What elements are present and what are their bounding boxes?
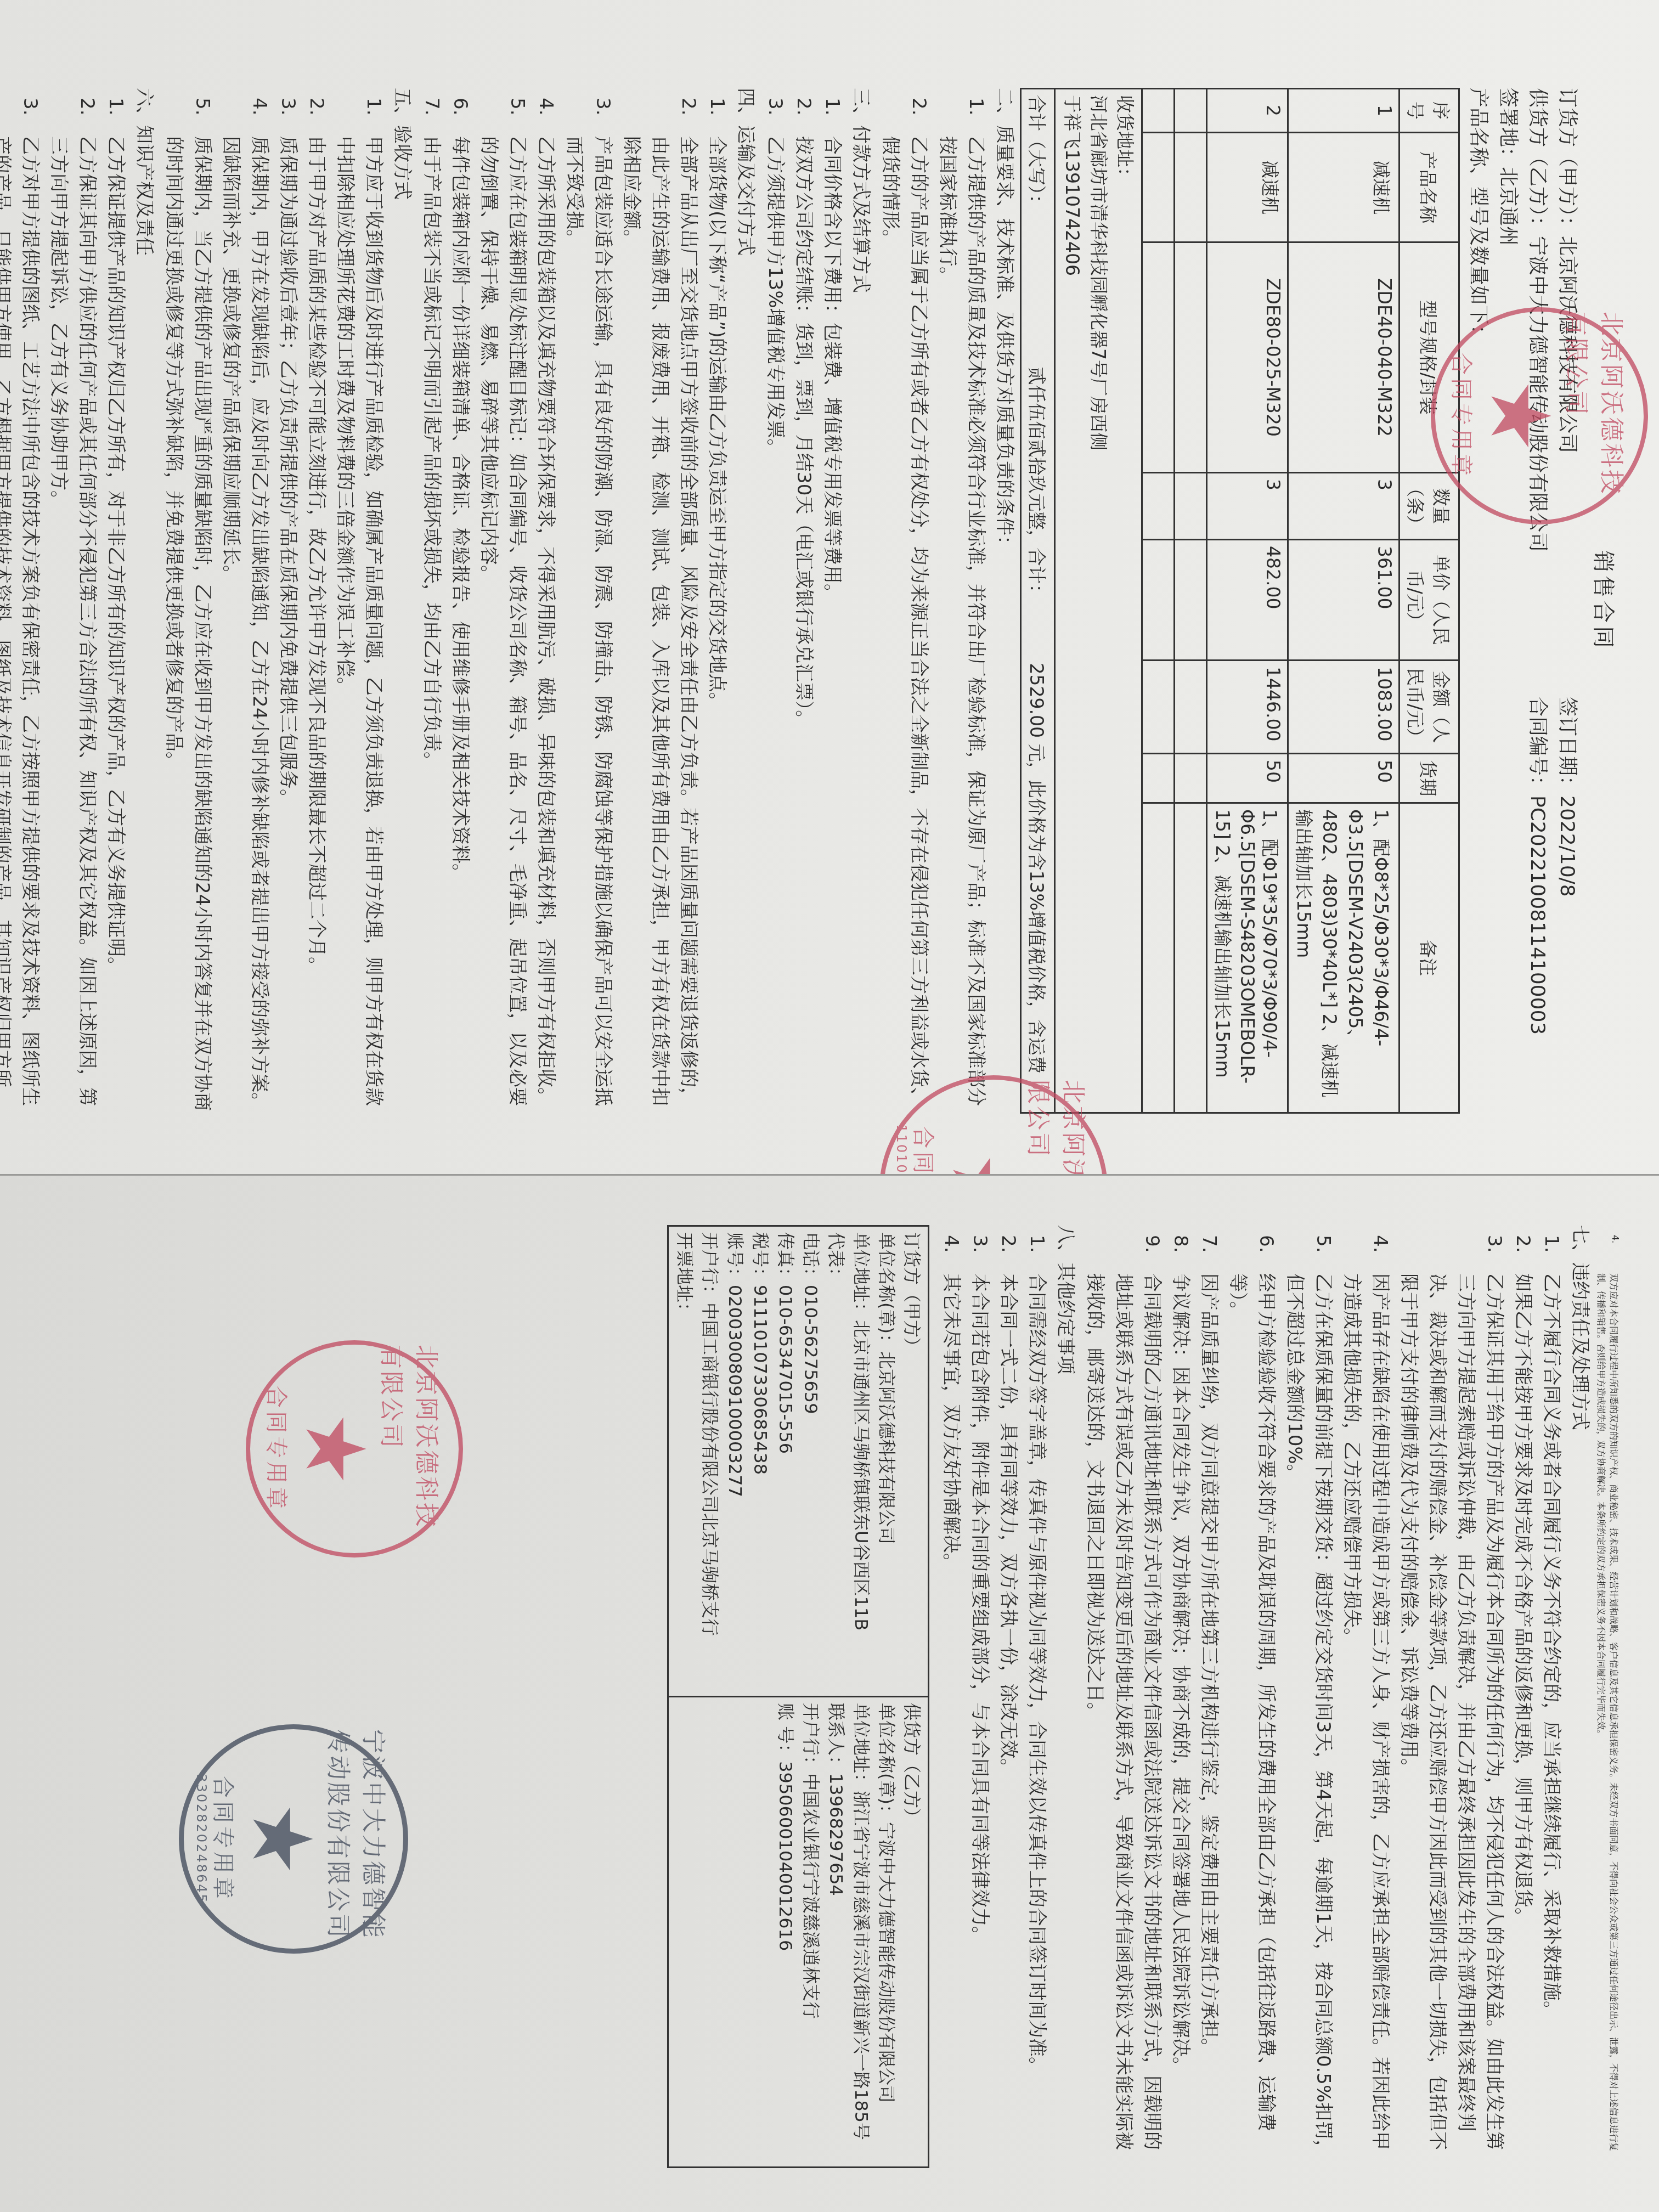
signature-field: 开票地址： [672, 1232, 697, 1690]
buyer-signature-seal: 北京阿沃德科技有限公司 ★ 合同专用章 [246, 1340, 463, 1558]
product-table: 序号 产品名称 型号规格/封装 数量（条） 单价（人民币/元） 金额（人民币/元… [1020, 88, 1460, 1114]
clause-number: 9. [1081, 1225, 1166, 1273]
clause-number: 3. [761, 88, 789, 136]
clause-text: 乙方保证其用于给甲方的产品及为履行本合同所为的任何行为，均不侵犯任何人的合法权益… [1395, 1273, 1509, 2168]
clause-text: 按双方公司约定结账：货到，票到，月结30天（电汇或银行承兑汇票）。 [789, 136, 818, 1114]
contract-section: 八、其他约定事项1.合同需经双方签字盖章，传真件与原件视为同等效力，合同生效以传… [937, 1225, 1080, 2168]
section-title: 二、质量要求、技术标准、及供货方对质量负责的条件： [990, 88, 1019, 1114]
clause-text: 乙方所采用的包装箱以及填充物要符合环保要求，不得采用肮污、破损、异味的包装和填充… [532, 136, 560, 1114]
clause-item: 2.由于甲方对产品质的某些检验不可能立刻进行，故乙方允许甲方发现不良品的期限最长… [302, 88, 331, 1114]
clause-item: 5.乙方应在包装箱明显处标注醒目标记：如合同编号、收货公司名称、箱号、品名、尺寸… [475, 88, 532, 1114]
clause-number: 3. [274, 88, 302, 136]
clause-number: 5. [1280, 1225, 1338, 1273]
clause-text: 因产品存在缺陷在使用过程中造成甲方或第三方人身、财产损害的，乙方应承担全部赔偿责… [1338, 1273, 1395, 2168]
signature-field: 单位地址：北京市通州区马驹桥镇联东U谷西区11B [849, 1232, 874, 1690]
col-header-no: 序号 [1400, 89, 1459, 133]
clause-number: 3. [966, 1225, 994, 1273]
cell-qty: 3 [1207, 473, 1288, 540]
cell-unit-price: 482.00 [1207, 540, 1288, 661]
clause-number: 4. [937, 1225, 966, 1273]
clause-item: 4.其它未尽事宜，双方友好协商解决。 [937, 1225, 966, 2168]
cell-unit-price: 361.00 [1288, 540, 1400, 661]
section-title: 七、违约责任及处理方式 [1566, 1225, 1594, 2168]
section-title: 三、付款方式及结算方式 [847, 88, 875, 1114]
clause-text: 因产品质量纠纷，双方同意提交甲方所在地第三方机构进行鉴定，鉴定费用由主要责任方承… [1195, 1273, 1223, 2168]
clause-text: 双方应对本合同履行过程中所知悉的双方的知识产权、商业秘密、技术成果、经营计划和战… [1595, 1273, 1621, 2168]
clause-text: 由于产品包装不当或标记不明而引起产品的损坏或损失，均由乙方自行负责。 [417, 136, 446, 1114]
clause-text: 乙方保证其向甲方供应的任何产品或其任何部分不侵犯第三方合法的所有权、知识产权及其… [44, 136, 101, 1114]
section-title: 六、知识产权及责任 [130, 88, 159, 1114]
total-row: 合计（大写）： 贰仟伍佰贰拾玖元整，合计： 2529.00 元，此价格为含13%… [1021, 89, 1055, 1113]
supplier-heading: 供货方（乙方） [899, 1703, 924, 2161]
items-intro: 产品名称、型号及数量如下： [1463, 88, 1493, 1114]
clause-item: 5.质保期内，当乙方提供的产品出现严重的质量缺陷时，乙方应在收到甲方发出的缺陷通… [160, 88, 217, 1114]
contract-section: 二、质量要求、技术标准、及供货方对质量负责的条件：1.乙方提供的产品的质量及技术… [876, 88, 1019, 1114]
clause-item: 7.因产品质量纠纷，双方同意提交甲方所在地第三方机构进行鉴定，鉴定费用由主要责任… [1195, 1225, 1223, 2168]
clause-item: 3.质保期为通过验收后壹年；乙方负责所提供的产品在质保期内免费提供三包服务。 [274, 88, 302, 1114]
signature-field: 单位名称(章)：宁波中大力德智能传动股份有限公司 [874, 1703, 899, 2161]
clause-number: 5. [475, 88, 532, 136]
clause-text: 乙方的产品应当属于乙方所有或者乙方有权处分，均为来源正当合法之全新制品，不存在侵… [876, 136, 933, 1114]
contract-section: 五、验收方式1.甲方应于收到货物后及时进行产品质检验，如确属产品质量问题，乙方须… [160, 88, 416, 1114]
clause-text: 经甲方检验验收不符合要求的产品及耽误的周期，所发生的费用全部由乙方承担（包括往返… [1223, 1273, 1280, 2168]
cell-amount: 1446.00 [1207, 661, 1288, 754]
clause-number: 1. [331, 88, 388, 136]
clause-item: 8.争议解决：因本合同发生争议，双方协商解决；协商不成的，提交合同签署地人民法院… [1166, 1225, 1195, 2168]
clause-text: 如果乙方不能按甲方要求及时完成不合格产品的返修和更换，则甲方有权退货。 [1509, 1273, 1537, 2168]
clause-number: 4. [1595, 1225, 1621, 1273]
section-title: 五、验收方式 [388, 88, 416, 1114]
cell-qty: 3 [1288, 473, 1400, 540]
clause-number: 2. [1509, 1225, 1537, 1273]
clause-item: 3.产品包装应适合长途运输，具有良好的防潮、防湿、防震、防撞击、防锈、防腐蚀等保… [560, 88, 617, 1114]
clause-item: 4.双方应对本合同履行过程中所知悉的双方的知识产权、商业秘密、技术成果、经营计划… [1595, 1225, 1621, 2168]
clause-number: 2. [789, 88, 818, 136]
supplier-signature-seal: 宁波中大力德智能传动股份有限公司 ★ 合同专用章 3302820248645 [179, 1724, 408, 1954]
clause-item: 3.乙方保证其用于给甲方的产品及为履行本合同所为的任何行为，均不侵犯任何人的合法… [1395, 1225, 1509, 2168]
signature-field: 税号：91110107330685438 [748, 1232, 773, 1690]
clause-text: 每件包装箱内应附一份详细装箱清单、合格证、检验报告、使用维修手册及相关技术资料。 [446, 136, 475, 1114]
clause-text: 乙方保证提供产品的知识产权归乙方所有，对于非乙方所有的知识产权的产品，乙方有义务… [101, 136, 130, 1114]
clause-text: 质保期内，当乙方提供的产品出现严重的质量缺陷时，乙方应在收到甲方发出的缺陷通知的… [160, 136, 217, 1114]
contract-section: 六、知识产权及责任1.乙方保证提供产品的知识产权归乙方所有，对于非乙方所有的知识… [0, 88, 159, 1114]
signing-place: 签署地：北京通州 [1493, 88, 1522, 1114]
contract-clauses-part-2: 4.双方应对本合同履行过程中所知悉的双方的知识产权、商业秘密、技术成果、经营计划… [937, 1225, 1621, 2168]
signature-field: 单位名称(章)：北京阿沃德科技有限公司 [874, 1232, 899, 1690]
clause-number: 3. [560, 88, 617, 136]
col-header-qty: 数量（条） [1400, 473, 1459, 540]
clause-text: 质保期为通过验收后壹年；乙方负责所提供的产品在质保期内免费提供三包服务。 [274, 136, 302, 1114]
star-icon: ★ [294, 1412, 376, 1486]
cell-model: ZDE40-040-M322 [1288, 242, 1400, 473]
clause-number: 4. [217, 88, 274, 136]
clause-item: 9.合同载明的乙方通讯地址和联系方式可作为商业文件信函或法院送达诉讼文书的地址和… [1081, 1225, 1166, 2168]
contract-section: 三、付款方式及结算方式1.合同价格含以下费用：包装费、增值税专用发票等费用。2.… [761, 88, 875, 1114]
clause-text: 乙方须提供甲方13%增值税专用发票。 [761, 136, 789, 1114]
clause-text: 乙方对甲方提供的图纸、工艺方法中所包含的技术方案负有保密责任，乙方按照甲方提供的… [0, 136, 44, 1114]
clause-number: 1. [101, 88, 130, 136]
supplier-line: 供货方（乙方）：宁波中大力德智能传动股份有限公司 [1522, 88, 1552, 697]
total-amount: 2529.00 [1026, 663, 1047, 738]
clause-number: 8. [1166, 1225, 1195, 1273]
table-header-row: 序号 产品名称 型号规格/封装 数量（条） 单价（人民币/元） 金额（人民币/元… [1400, 89, 1459, 1113]
clause-text: 本合同若包含附件，附件是本合同的重要组成部分，与本合同具有同等法律效力。 [966, 1273, 994, 2168]
clause-text: 由于甲方对产品质的某些检验不可能立刻进行，故乙方允许甲方发现不良品的期限最长不超… [302, 136, 331, 1114]
cell-lead-time: 50 [1288, 754, 1400, 803]
clause-number: 4. [532, 88, 560, 136]
clause-text: 合同载明的乙方通讯地址和联系方式可作为商业文件信函或法院送达诉讼文书的地址和联系… [1081, 1273, 1166, 2168]
clause-number: 6. [446, 88, 475, 136]
buyer-heading: 订货方（甲方） [899, 1232, 924, 1690]
cell-lead-time: 50 [1207, 754, 1288, 803]
clause-number: 4. [1338, 1225, 1395, 1273]
clause-text: 本合同一式二份，具有同等效力，双方各执一份，涂改无效。 [994, 1273, 1023, 2168]
clause-item: 1.甲方应于收到货物后及时进行产品质检验，如确属产品质量问题，乙方须负责退换，若… [331, 88, 388, 1114]
clause-item: 3.乙方对甲方提供的图纸、工艺方法中所包含的技术方案负有保密责任，乙方按照甲方提… [0, 88, 44, 1114]
signature-field: 代表： [823, 1232, 849, 1690]
clause-number: 2. [44, 88, 101, 136]
address-row: 收货地址： 河北省廊坊市清华科技园孵化器7号厂房西侧 于祥飞1391074240… [1055, 89, 1142, 1113]
clause-number: 1. [1537, 1225, 1566, 1273]
cell-no: 2 [1207, 89, 1288, 133]
delivery-contact: 于祥飞13910742406 [1059, 95, 1085, 1107]
clause-item: 1.乙方提供的产品的质量及技术标准必须符合行业标准，并符合出厂检验标准，保证为原… [933, 88, 990, 1114]
signature-field: 电话：010-56275659 [798, 1232, 823, 1690]
delivery-address: 河北省廊坊市清华科技园孵化器7号厂房西侧 [1085, 95, 1111, 1107]
star-icon: ★ [241, 1802, 323, 1876]
clause-item: 5.乙方在保质保量的前提下按期交货：超过约定交货时间3天，第4天起，每逾期1天，… [1280, 1225, 1338, 2168]
sign-date: 签订日期：2022/10/8 [1552, 697, 1582, 1114]
signature-field: 账 号：39506001040012616 [773, 1703, 798, 2161]
clause-number: 2. [302, 88, 331, 136]
table-row-empty [1175, 89, 1207, 1113]
buyer-line: 订货方（甲方）：北京阿沃德科技有限公司 [1552, 88, 1582, 697]
section-title: 八、其他约定事项 [1051, 1225, 1080, 2168]
clause-text: 全部产品从出厂至交货地点甲方签收前的全部质量、风险及安全责任由乙方负责。若产品因… [617, 136, 703, 1114]
clause-item: 4.因产品存在缺陷在使用过程中造成甲方或第三方人身、财产损害的，乙方应承担全部赔… [1338, 1225, 1395, 2168]
contract-number: 合同编号：PC20221008114100003 [1522, 697, 1552, 1114]
cell-name: 减速机 [1207, 133, 1288, 242]
supplier-signature-block: 供货方（乙方） 单位名称(章)：宁波中大力德智能传动股份有限公司单位地址：浙江省… [669, 1696, 928, 2166]
col-header-unit-price: 单价（人民币/元） [1400, 540, 1459, 661]
clause-number: 2. [617, 88, 703, 136]
clause-text: 质保期内，甲方在发现缺陷后，应及时向乙方发出缺陷通知，乙方在24小时内修补缺陷或… [217, 136, 274, 1114]
clause-text: 合同价格含以下费用：包装费、增值税专用发票等费用。 [818, 136, 847, 1114]
clause-number: 7. [1195, 1225, 1223, 1273]
clause-number: 2. [876, 88, 933, 136]
clause-item: 2.如果乙方不能按甲方要求及时完成不合格产品的返修和更换，则甲方有权退货。 [1509, 1225, 1537, 2168]
clause-text: 乙方在保质保量的前提下按期交货：超过约定交货时间3天，第4天起，每逾期1天，按合… [1280, 1273, 1338, 2168]
clause-item: 2.乙方的产品应当属于乙方所有或者乙方有权处分，均为来源正当合法之全新制品，不存… [876, 88, 933, 1114]
rotated-photo-stage: 销售合同 订货方（甲方）：北京阿沃德科技有限公司 签订日期：2022/10/8 … [0, 0, 1659, 2212]
document-title: 销售合同 [1589, 88, 1621, 1114]
cell-no: 1 [1288, 89, 1400, 133]
contract-section: 七、违约责任及处理方式1.乙方不履行合同义务或者合同履行义务不符合约定的，应当承… [1081, 1225, 1594, 2168]
buyer-signature-block: 订货方（甲方） 单位名称(章)：北京阿沃德科技有限公司单位地址：北京市通州区马驹… [669, 1227, 928, 1696]
clause-number: 1. [933, 88, 990, 136]
clause-number: 5. [160, 88, 217, 136]
clause-item: 4.质保期内，甲方在发现缺陷后，应及时向乙方发出缺陷通知，乙方在24小时内修补缺… [217, 88, 274, 1114]
clause-item: 1.全部货物(以下称“产品”)的运输由乙方负责运至甲方指定的交货地点。 [703, 88, 731, 1114]
cell-name: 减速机 [1288, 133, 1400, 242]
clause-item: 1.乙方不履行合同义务或者合同履行义务不符合约定的，应当承担继续履行、采取补救措… [1537, 1225, 1566, 2168]
contract-page-2: 4.双方应对本合同履行过程中所知悉的双方的知识产权、商业秘密、技术成果、经营计划… [0, 1174, 1659, 2212]
col-header-lead-time: 货期 [1400, 754, 1459, 803]
table-row: 2 减速机 ZDE80-025-M320 3 482.00 1446.00 50… [1207, 89, 1288, 1113]
table-row-empty [1142, 89, 1175, 1113]
clause-item: 1.合同需经双方签字盖章，传真件与原件视为同等效力，合同生效以传真件上的合同签订… [1023, 1225, 1051, 2168]
contract-page-1: 销售合同 订货方（甲方）：北京阿沃德科技有限公司 签订日期：2022/10/8 … [0, 0, 1659, 1174]
clause-number: 2. [994, 1225, 1023, 1273]
clause-text: 乙方应在包装箱明显处标注醒目标记：如合同编号、收货公司名称、箱号、品名、尺寸、毛… [475, 136, 532, 1114]
clause-text: 乙方不履行合同义务或者合同履行义务不符合约定的，应当承担继续履行、采取补救措施。 [1537, 1273, 1566, 2168]
col-header-amount: 金额（人民币/元） [1400, 661, 1459, 754]
clause-item: 3.乙方须提供甲方13%增值税专用发票。 [761, 88, 789, 1114]
cell-note: 1、配Φ8*25/Φ30*3/Φ46/4-Φ3.5[DSEM-V2403(240… [1288, 803, 1400, 1113]
address-label: 收货地址： [1111, 95, 1138, 1107]
clause-text: 产品包装应适合长途运输，具有良好的防潮、防湿、防震、防撞击、防锈、防腐蚀等保护措… [560, 136, 617, 1114]
clause-number: 1. [818, 88, 847, 136]
contract-clauses-part-1: 二、质量要求、技术标准、及供货方对质量负责的条件：1.乙方提供的产品的质量及技术… [0, 88, 1019, 1114]
clause-item: 3.本合同若包含附件，附件是本合同的重要组成部分，与本合同具有同等法律效力。 [966, 1225, 994, 2168]
clause-item: 1.合同价格含以下费用：包装费、增值税专用发票等费用。 [818, 88, 847, 1114]
clause-text: 争议解决：因本合同发生争议，双方协商解决；协商不成的，提交合同签署地人民法院诉讼… [1166, 1273, 1195, 2168]
col-header-note: 备注 [1400, 803, 1459, 1113]
clause-text: 全部货物(以下称“产品”)的运输由乙方负责运至甲方指定的交货地点。 [703, 136, 731, 1114]
total-in-words: 贰仟伍佰贰拾玖元整，合计： [1026, 367, 1047, 602]
clause-text: 甲方应于收到货物后及时进行产品质检验，如确属产品质量问题，乙方须负责退换，若由甲… [331, 136, 388, 1114]
clause-number: 7. [417, 88, 446, 136]
clause-item: 7.由于产品包装不当或标记不明而引起产品的损坏或损失，均由乙方自行负责。 [417, 88, 446, 1114]
signature-field: 单位地址：浙江省宁波市慈溪市宗汉街道新兴一路185号 [849, 1703, 874, 2161]
table-row: 1 减速机 ZDE40-040-M322 3 361.00 1083.00 50… [1288, 89, 1400, 1113]
total-note: 元，此价格为含13%增值税价格，含运费 [1026, 743, 1047, 1073]
contract-section: 四、运输及交付方式1.全部货物(以下称“产品”)的运输由乙方负责运至甲方指定的交… [417, 88, 760, 1114]
clause-item: 2.乙方保证其向甲方供应的任何产品或其任何部分不侵犯第三方合法的所有权、知识产权… [44, 88, 101, 1114]
clause-item: 1.乙方保证提供产品的知识产权归乙方所有，对于非乙方所有的知识产权的产品，乙方有… [101, 88, 130, 1114]
cell-note: 1、配Φ19*35/Φ70*3/Φ90/4-Φ6.5[DSEM-S48203OM… [1207, 803, 1288, 1113]
clause-item: 2.全部产品从出厂至交货地点甲方签收前的全部质量、风险及安全责任由乙方负责。若产… [617, 88, 703, 1114]
clause-item: 2.本合同一式二份，具有同等效力，双方各执一份，涂改无效。 [994, 1225, 1023, 2168]
total-label: 合计（大写）： [1026, 95, 1047, 213]
clause-number: 6. [1223, 1225, 1280, 1273]
clause-text: 乙方提供的产品的质量及技术标准必须符合行业标准，并符合出厂检验标准，保证为原厂产… [933, 136, 990, 1114]
signature-field: 开户行：中国农业银行宁波慈溪逍林支行 [798, 1703, 823, 2161]
clause-item: 6.经甲方检验验收不符合要求的产品及耽误的周期，所发生的费用全部由乙方承担（包括… [1223, 1225, 1280, 2168]
clause-text: 合同需经双方签字盖章，传真件与原件视为同等效力，合同生效以传真件上的合同签订时间… [1023, 1273, 1051, 2168]
clause-text: 其它未尽事宜，双方友好协商解决。 [937, 1273, 966, 2168]
clause-number: 3. [1395, 1225, 1509, 1273]
section-title: 四、运输及交付方式 [731, 88, 760, 1114]
clause-item: 6.每件包装箱内应附一份详细装箱清单、合格证、检验报告、使用维修手册及相关技术资… [446, 88, 475, 1114]
signature-field: 开户行：中国工商银行股份有限公司北京马驹桥支行 [697, 1232, 723, 1690]
clause-number: 3. [0, 88, 44, 136]
cell-amount: 1083.00 [1288, 661, 1400, 754]
clause-number: 1. [1023, 1225, 1051, 1273]
clause-item: 4.乙方所采用的包装箱以及填充物要符合环保要求，不得采用肮污、破损、异味的包装和… [532, 88, 560, 1114]
cell-model: ZDE80-025-M320 [1207, 242, 1288, 473]
col-header-model: 型号规格/封装 [1400, 242, 1459, 473]
signature-field: 账号：0200300809100003277 [723, 1232, 748, 1690]
clause-item: 2.按双方公司约定结账：货到，票到，月结30天（电汇或银行承兑汇票）。 [789, 88, 818, 1114]
col-header-name: 产品名称 [1400, 133, 1459, 242]
signature-table: 订货方（甲方） 单位名称(章)：北京阿沃德科技有限公司单位地址：北京市通州区马驹… [667, 1225, 929, 2168]
signature-field: 传真：010-65347015-556 [773, 1232, 798, 1690]
clause-number: 1. [703, 88, 731, 136]
signature-field: 联系人：13968297654 [823, 1703, 849, 2161]
